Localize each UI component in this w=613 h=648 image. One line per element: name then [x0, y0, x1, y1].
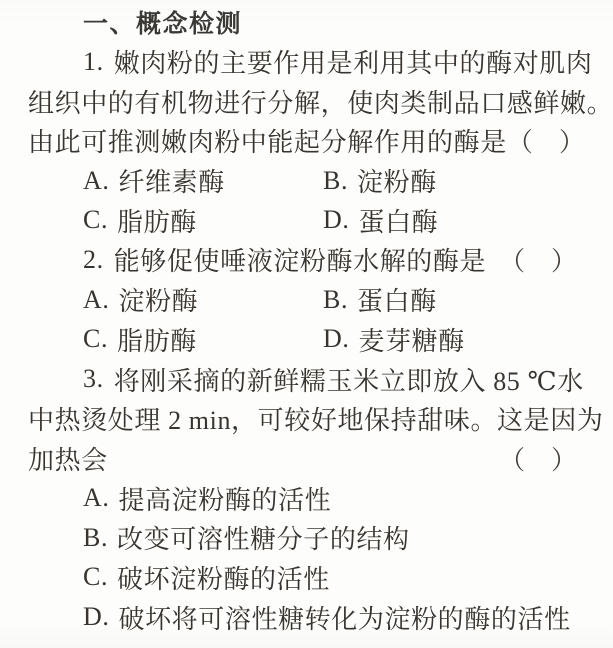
q1-number: 1. [83, 47, 104, 77]
q1-stem-text3: 由此可推测嫩肉粉中能起分解作用的酶是 [28, 122, 507, 159]
q3-answer-bracket: （ ） [499, 440, 577, 477]
q2-options-row2: C. 脂肪酶 D. 麦芽糖酶 [28, 320, 605, 360]
q3-number: 3. [83, 364, 104, 394]
q2-options-row1: A. 淀粉酶 B. 蛋白酶 [28, 280, 605, 320]
q1-answer-bracket: （ ） [507, 122, 585, 159]
q2-option-d-text: 麦芽糖酶 [358, 321, 464, 358]
q1-option-d: D. 蛋白酶 [323, 202, 438, 239]
q1-option-a-text: 纤维素酶 [118, 162, 224, 199]
q1-option-d-text: 蛋白酶 [358, 202, 438, 239]
q2-answer-bracket: （ ） [499, 241, 577, 278]
q1-option-b: B. 淀粉酶 [323, 162, 437, 199]
q3-option-b-text: 改变可溶性糖分子的结构 [117, 519, 410, 556]
q3-stem-text2: 中热烫处理 2 min，可较好地保持甜味。这是因为 [28, 400, 603, 437]
q2-number: 2. [83, 245, 104, 275]
q1-option-b-label: B. [323, 166, 348, 196]
q1-option-a: A. 纤维素酶 [83, 162, 323, 199]
q2-option-c-text: 脂肪酶 [117, 321, 197, 358]
q2-stem-line1: 2. 能够促使唾液淀粉酶水解的酶是 （ ） [28, 240, 605, 280]
q3-option-a-label: A. [83, 483, 109, 513]
q1-stem-text2: 组织中的有机物进行分解，使肉类制品口感鲜嫩。 [28, 83, 613, 120]
q2-option-b-text: 蛋白酶 [357, 281, 437, 318]
q3-stem-text1: 将刚采摘的新鲜糯玉米立即放入 85 ℃水 [114, 361, 584, 398]
section-title: 一、概念检测 [28, 2, 605, 42]
q3-option-b-label: B. [83, 523, 108, 553]
q3-stem-text3: 加热会 [28, 440, 108, 477]
q3-option-a: A. 提高淀粉酶的活性 [28, 478, 605, 518]
q1-option-c-text: 脂肪酶 [117, 202, 197, 239]
q1-option-a-label: A. [83, 166, 109, 196]
q2-option-a-label: A. [83, 285, 109, 315]
q2-option-d-label: D. [323, 324, 349, 354]
q2-option-d: D. 麦芽糖酶 [323, 321, 465, 358]
q1-option-b-text: 淀粉酶 [357, 162, 437, 199]
q1-stem-line3: 由此可推测嫩肉粉中能起分解作用的酶是 （ ） [28, 121, 605, 161]
q3-option-d-text: 破坏将可溶性糖转化为淀粉的酶的活性 [118, 599, 570, 636]
q3-option-d: D. 破坏将可溶性糖转化为淀粉的酶的活性 [28, 597, 605, 637]
q1-stem-text1: 嫩肉粉的主要作用是利用其中的酶对肌肉 [114, 43, 593, 80]
q3-option-b: B. 改变可溶性糖分子的结构 [28, 518, 605, 558]
q1-option-c: C. 脂肪酶 [83, 202, 323, 239]
q2-option-a: A. 淀粉酶 [83, 281, 323, 318]
q2-stem-text1: 能够促使唾液淀粉酶水解的酶是 [114, 241, 486, 278]
q3-option-a-text: 提高淀粉酶的活性 [118, 480, 331, 517]
q1-options-row2: C. 脂肪酶 D. 蛋白酶 [28, 200, 605, 240]
q1-option-d-label: D. [323, 205, 349, 235]
q2-option-b: B. 蛋白酶 [323, 281, 437, 318]
q2-option-c-label: C. [83, 324, 108, 354]
q3-option-d-label: D. [83, 602, 109, 632]
q1-options-row1: A. 纤维素酶 B. 淀粉酶 [28, 161, 605, 201]
q3-option-c-text: 破坏淀粉酶的活性 [117, 559, 330, 596]
q2-option-b-label: B. [323, 285, 348, 315]
q1-stem-line2: 组织中的有机物进行分解，使肉类制品口感鲜嫩。 [28, 81, 605, 121]
q3-option-c-label: C. [83, 562, 108, 592]
q3-stem-line1: 3. 将刚采摘的新鲜糯玉米立即放入 85 ℃水 [28, 359, 605, 399]
q1-stem-line1: 1. 嫩肉粉的主要作用是利用其中的酶对肌肉 [28, 42, 605, 82]
q3-stem-line3: 加热会 （ ） [28, 439, 605, 479]
q3-option-c: C. 破坏淀粉酶的活性 [28, 558, 605, 598]
document-page: 一、概念检测 1. 嫩肉粉的主要作用是利用其中的酶对肌肉 组织中的有机物进行分解… [0, 0, 613, 648]
q2-option-a-text: 淀粉酶 [118, 281, 198, 318]
q3-stem-line2: 中热烫处理 2 min，可较好地保持甜味。这是因为 [28, 399, 605, 439]
q2-option-c: C. 脂肪酶 [83, 321, 323, 358]
q1-option-c-label: C. [83, 205, 108, 235]
